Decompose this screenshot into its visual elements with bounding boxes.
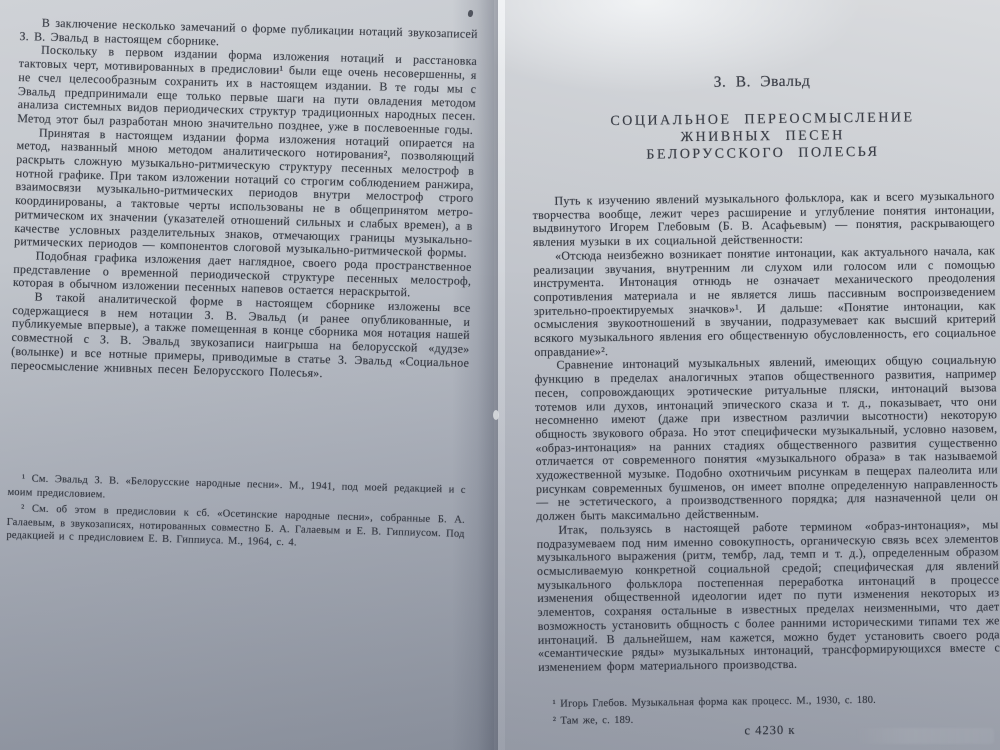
footnote: ¹ Игорь Глебов. Музыкальная форма как пр… [539,692,1000,711]
paragraph: «Отсюда неизбежно возникает понятие инто… [533,244,996,359]
paragraph: Итак, пользуясь в настоящей работе терми… [536,518,1000,674]
right-page: З. В. Эвальд СОЦИАЛЬНОЕ ПЕРЕОСМЫСЛЕНИЕ Ж… [494,0,1000,750]
right-page-column: З. В. Эвальд СОЦИАЛЬНОЕ ПЕРЕОСМЫСЛЕНИЕ Ж… [530,0,1000,750]
left-page: В заключение несколько замечаний о форме… [0,0,494,750]
paragraph: Принятая в настоящем издании форма излож… [14,126,475,261]
left-page-column: В заключение несколько замечаний о форме… [1,16,478,750]
left-page-body: В заключение несколько замечаний о форме… [9,16,478,462]
paragraph: В такой аналитической форме в настоящем … [11,290,471,384]
book-gutter-shadow [452,0,498,750]
footnote: ² См. об этом в предисловии к сб. «Осети… [6,502,465,554]
article-title: СОЦИАЛЬНОЕ ПЕРЕОСМЫСЛЕНИЕ ЖНИВНЫХ ПЕСЕН … [531,108,994,165]
paragraph: Поскольку в первом издании форма изложен… [17,43,477,137]
book-photo: В заключение несколько замечаний о форме… [0,0,1000,750]
book-fold-highlight [498,0,505,750]
right-page-body: Путь к изучению явлений музыкального фол… [532,189,1000,695]
paper-speck-light [493,410,499,420]
left-page-footnotes: ¹ См. Эвальд З. В. «Белорусские народные… [6,472,466,557]
watermark [854,728,994,744]
article-author: З. В. Эвальд [531,70,993,94]
paragraph: Путь к изучению явлений музыкального фол… [532,189,995,249]
paragraph: Сравнение интонаций музыкальных явлений,… [534,354,998,524]
